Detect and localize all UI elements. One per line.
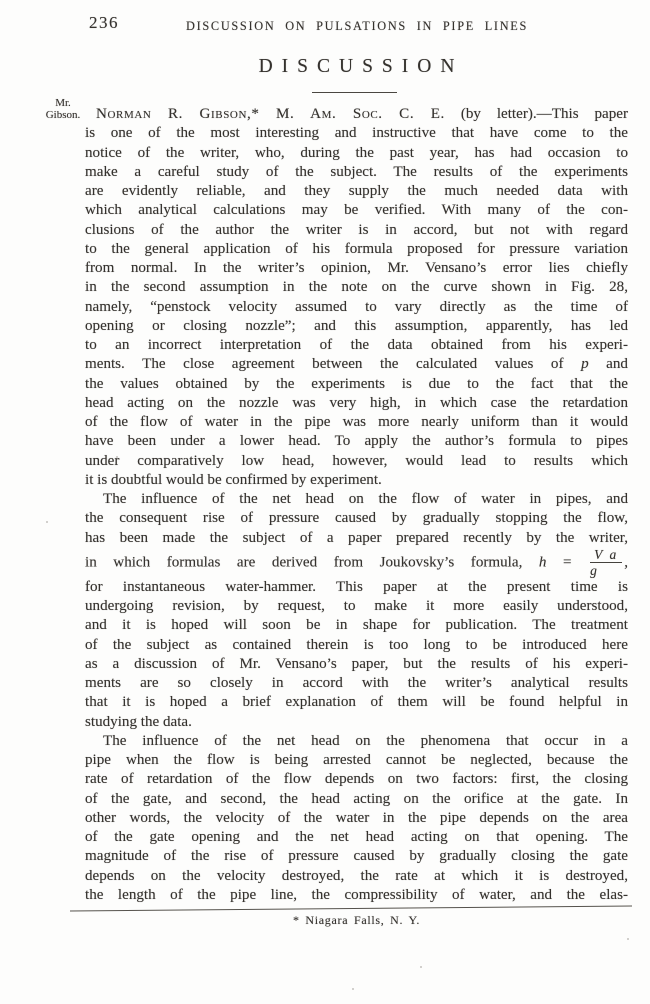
text-line: of the gate, and second, the head acting…: [85, 790, 628, 809]
text-line: undergoing revision, by request, to make…: [85, 597, 628, 616]
title-rule: [312, 92, 397, 93]
text-line: for instantaneous water-hammer. This pap…: [85, 578, 628, 597]
footnote-rule: [70, 906, 632, 912]
text-line: opening or closing nozzle”; and this ass…: [85, 317, 628, 336]
text-line: the consequent rise of pressure caused b…: [85, 509, 628, 528]
text-line: The influence of the net head on the phe…: [85, 732, 628, 751]
author-name-smallcaps: Norman R. Gibson,* M. Am. Soc. C. E.: [96, 106, 445, 122]
text-line: of the subject as contained therein is t…: [85, 636, 628, 655]
text-line: from normal. In the writer’s opinion, Mr…: [85, 259, 628, 278]
scan-speck: [352, 988, 354, 990]
text-line: the length of the pipe line, the compres…: [85, 886, 628, 905]
text-line: which analytical calculations may be ver…: [85, 201, 628, 220]
text-line: to the general application of his formul…: [85, 240, 628, 259]
paragraph: The influence of the net head on the phe…: [85, 732, 628, 905]
text-line: under comparatively low head, however, w…: [85, 452, 628, 471]
text-line: clusions of the author the writer is in …: [85, 221, 628, 240]
text-line: in the second assumption in the note on …: [85, 278, 628, 297]
text-line: ments. The close agreement between the c…: [85, 355, 628, 374]
margin-note-line1: Mr.: [36, 98, 90, 110]
scanned-page: 236 DISCUSSION ON PULSATIONS IN PIPE LIN…: [0, 0, 650, 1004]
text-line: The influence of the net head on the flo…: [85, 490, 628, 509]
text-line: that it is hoped a brief explanation of …: [85, 693, 628, 712]
page-number: 236: [89, 13, 119, 33]
running-head: DISCUSSION ON PULSATIONS IN PIPE LINES: [186, 19, 528, 34]
text-line: as a discussion of Mr. Vensano’s paper, …: [85, 655, 628, 674]
text-line: depends on the velocity destroyed, the r…: [85, 867, 628, 886]
text-line: make a careful study of the subject. The…: [85, 163, 628, 182]
text-line: studying the data.: [85, 713, 628, 732]
text-line: it is doubtful would be confirmed by exp…: [85, 471, 628, 490]
section-title: DISCUSSION: [85, 56, 628, 78]
text-line: notice of the writer, who, during the pa…: [85, 144, 628, 163]
paragraph: Norman R. Gibson,* M. Am. Soc. C. E. (by…: [85, 105, 628, 490]
text-line: other words, the velocity of the water i…: [85, 809, 628, 828]
text-line: namely, “penstock velocity assumed to va…: [85, 298, 628, 317]
text-line: rate of retardation of the flow depends …: [85, 770, 628, 789]
scan-speck: [46, 521, 48, 523]
text-line: have been under a lower head. To apply t…: [85, 432, 628, 451]
paragraph: The influence of the net head on the flo…: [85, 490, 628, 732]
math-variable: p: [581, 356, 589, 372]
text-line: is one of the most interesting and instr…: [85, 124, 628, 143]
margin-note: Mr. Gibson.: [36, 98, 90, 121]
text-line: pipe when the flow is being arrested can…: [85, 751, 628, 770]
fraction-formula: V ag: [590, 548, 622, 577]
footnote: * Niagara Falls, N. Y.: [85, 913, 628, 928]
scan-speck: [116, 456, 118, 458]
margin-note-line2: Gibson.: [36, 110, 90, 122]
text-line: Norman R. Gibson,* M. Am. Soc. C. E. (by…: [85, 105, 628, 124]
scan-speck: [420, 966, 422, 968]
scan-speck: [627, 938, 629, 940]
text-line: and it is hoped will soon be in shape fo…: [85, 616, 628, 635]
text-line: magnitude of the rise of pressure caused…: [85, 847, 628, 866]
text-line: has been made the subject of a paper pre…: [85, 529, 628, 548]
text-line: of the flow of water in the pipe was mor…: [85, 413, 628, 432]
text-line: in which formulas are derived from Jouko…: [85, 548, 628, 577]
math-variable: h: [539, 554, 547, 570]
text-line: head acting on the nozzle was very high,…: [85, 394, 628, 413]
text-line: to an incorrect interpretation of the da…: [85, 336, 628, 355]
text-line: of the gate opening and the net head act…: [85, 828, 628, 847]
text-line: ments are so closely in accord with the …: [85, 674, 628, 693]
text-line: are evidently reliable, and they supply …: [85, 182, 628, 201]
body-text: Norman R. Gibson,* M. Am. Soc. C. E. (by…: [85, 105, 628, 905]
text-line: the values obtained by the experiments i…: [85, 375, 628, 394]
